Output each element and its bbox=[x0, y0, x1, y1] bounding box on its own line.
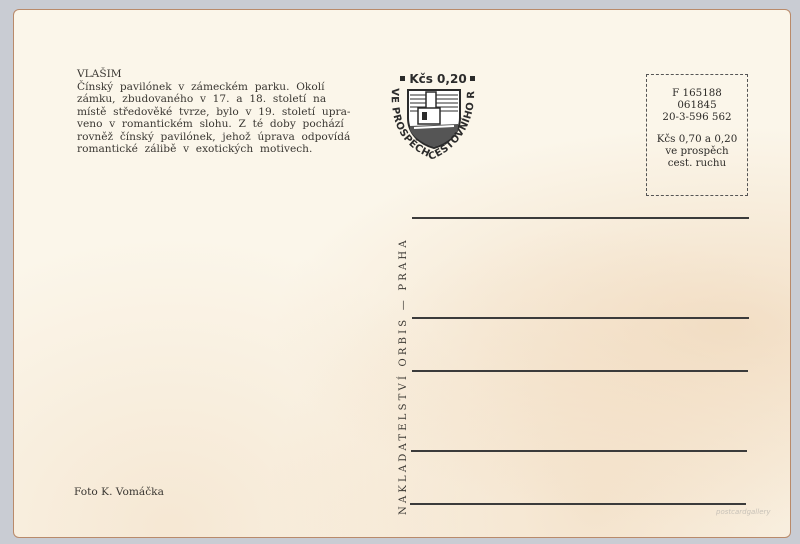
address-line bbox=[411, 450, 747, 452]
svg-text:Kčs 0,20: Kčs 0,20 bbox=[409, 72, 466, 86]
description-block: VLAŠIMČínský pavilónek v zámeckém parku.… bbox=[77, 68, 351, 156]
address-line bbox=[412, 317, 749, 319]
postage-shield-mark: Kčs 0,20 VE PROSPĚCH CESTOVNÍHO RUCHU bbox=[378, 68, 488, 172]
description-line: zámku, zbudovaného v 17. a 18. století n… bbox=[77, 93, 351, 106]
stamp-box: F 165188 061845 20-3-596 562 Kčs 0,70 a … bbox=[646, 74, 748, 196]
address-line bbox=[410, 503, 746, 505]
stamp-note: cest. ruchu bbox=[647, 157, 747, 169]
stamp-code: 061845 bbox=[647, 99, 747, 111]
castle-shield-icon: Kčs 0,20 VE PROSPĚCH CESTOVNÍHO RUCHU bbox=[378, 68, 488, 168]
description-title: VLAŠIM bbox=[77, 68, 351, 81]
description-line: místě středověké tvrze, bylo v 19. stole… bbox=[77, 106, 351, 119]
stamp-code: F 165188 bbox=[647, 87, 747, 99]
address-line bbox=[412, 370, 748, 372]
description-line: romantické zálibě v exotických motivech. bbox=[77, 143, 351, 156]
publisher-imprint: NAKLADATELSTVÍ ORBIS — PRAHA bbox=[398, 237, 409, 515]
address-line bbox=[412, 217, 749, 219]
photo-credit: Foto K. Vomáčka bbox=[74, 486, 164, 498]
stamp-note: ve prospěch bbox=[647, 145, 747, 157]
watermark: postcardgallery bbox=[716, 508, 771, 516]
description-line: rovněž čínský pavilónek, jehož úprava od… bbox=[77, 131, 351, 144]
description-line: Čínský pavilónek v zámeckém parku. Okolí bbox=[77, 81, 351, 94]
stamp-code: 20-3-596 562 bbox=[647, 111, 747, 123]
stamp-price: Kčs 0,70 a 0,20 bbox=[647, 133, 747, 145]
description-line: veno v romantickém slohu. Z té doby poch… bbox=[77, 118, 351, 131]
